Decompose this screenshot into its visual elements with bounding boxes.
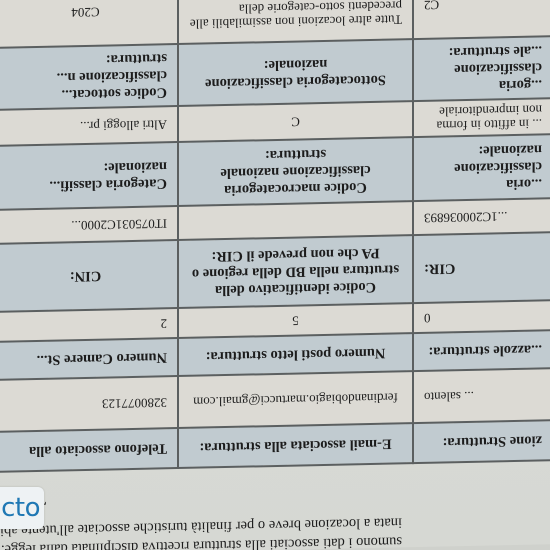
label-regional-db-code: Codice identificativo della struttura ne… (178, 235, 413, 308)
value-category-classification: Altri alloggi pr... (0, 106, 178, 146)
table-row-labels-subcategory: ...goria classificazione ...ale struttur… (0, 36, 550, 110)
label-phone: Telefono associato alla (0, 428, 178, 472)
table-row-labels-codes: CIR: Codice identificativo della struttu… (0, 232, 550, 312)
value-phone: 3280077123 (0, 376, 178, 432)
label-category-classification: Categoria classifi... nazionale: (0, 142, 178, 210)
value-category-national: ... in affitto in forma non imprenditori… (413, 98, 550, 137)
label-cir: CIR: (413, 232, 550, 303)
structure-info-table: zione Struttura: E-mail associata alla s… (0, 0, 550, 473)
value-cir: ...1C200036893 (413, 198, 550, 235)
value-beds: 5 (178, 303, 413, 338)
label-cin: CIN: (0, 240, 178, 312)
document-page: sumono i dati associati alla struttura r… (0, 0, 550, 550)
label-structure-name: zione Struttura: (413, 420, 550, 463)
label-subcategory-structure: ...goria classificazione ...ale struttur… (413, 36, 550, 101)
value-rooms: 2 (0, 308, 178, 342)
label-rooms: Numero Camere St... (0, 338, 178, 380)
value-subcategory-code: C204 (0, 0, 178, 48)
label-beds: Numero posti letto struttura: (178, 333, 413, 376)
label-category-national: ...oria classificazione nazionale: (413, 134, 550, 201)
label-subcategory-code: Codice sottocat... classificazione n... … (0, 44, 178, 110)
table-row-labels-category: ...oria classificazione nazionale: Codic… (0, 134, 550, 210)
overlay-badge: cto (0, 487, 44, 529)
label-subcategory-national: Sottocategoria classificazione nazionale… (178, 39, 413, 106)
value-subcategory-structure: C2 (413, 0, 550, 39)
label-email: E-mail associata alla struttura: (178, 423, 413, 468)
value-email: ferdinandobiagio.martucci@gmail.com (178, 371, 413, 428)
value-regional-db-code (178, 201, 413, 240)
label-macrocategory-code: Codice macrocategoria classificazione na… (178, 137, 413, 206)
value-pitches: 0 (413, 300, 550, 333)
value-macrocategory-code: C (178, 101, 413, 142)
value-structure-name: ... salento (413, 368, 550, 423)
label-pitches: ...azzole struttura: (413, 330, 550, 371)
value-cin: IT075031C2000... (0, 206, 178, 244)
value-subcategory-national: Tutte altre locazioni non assimilabili a… (178, 0, 413, 44)
